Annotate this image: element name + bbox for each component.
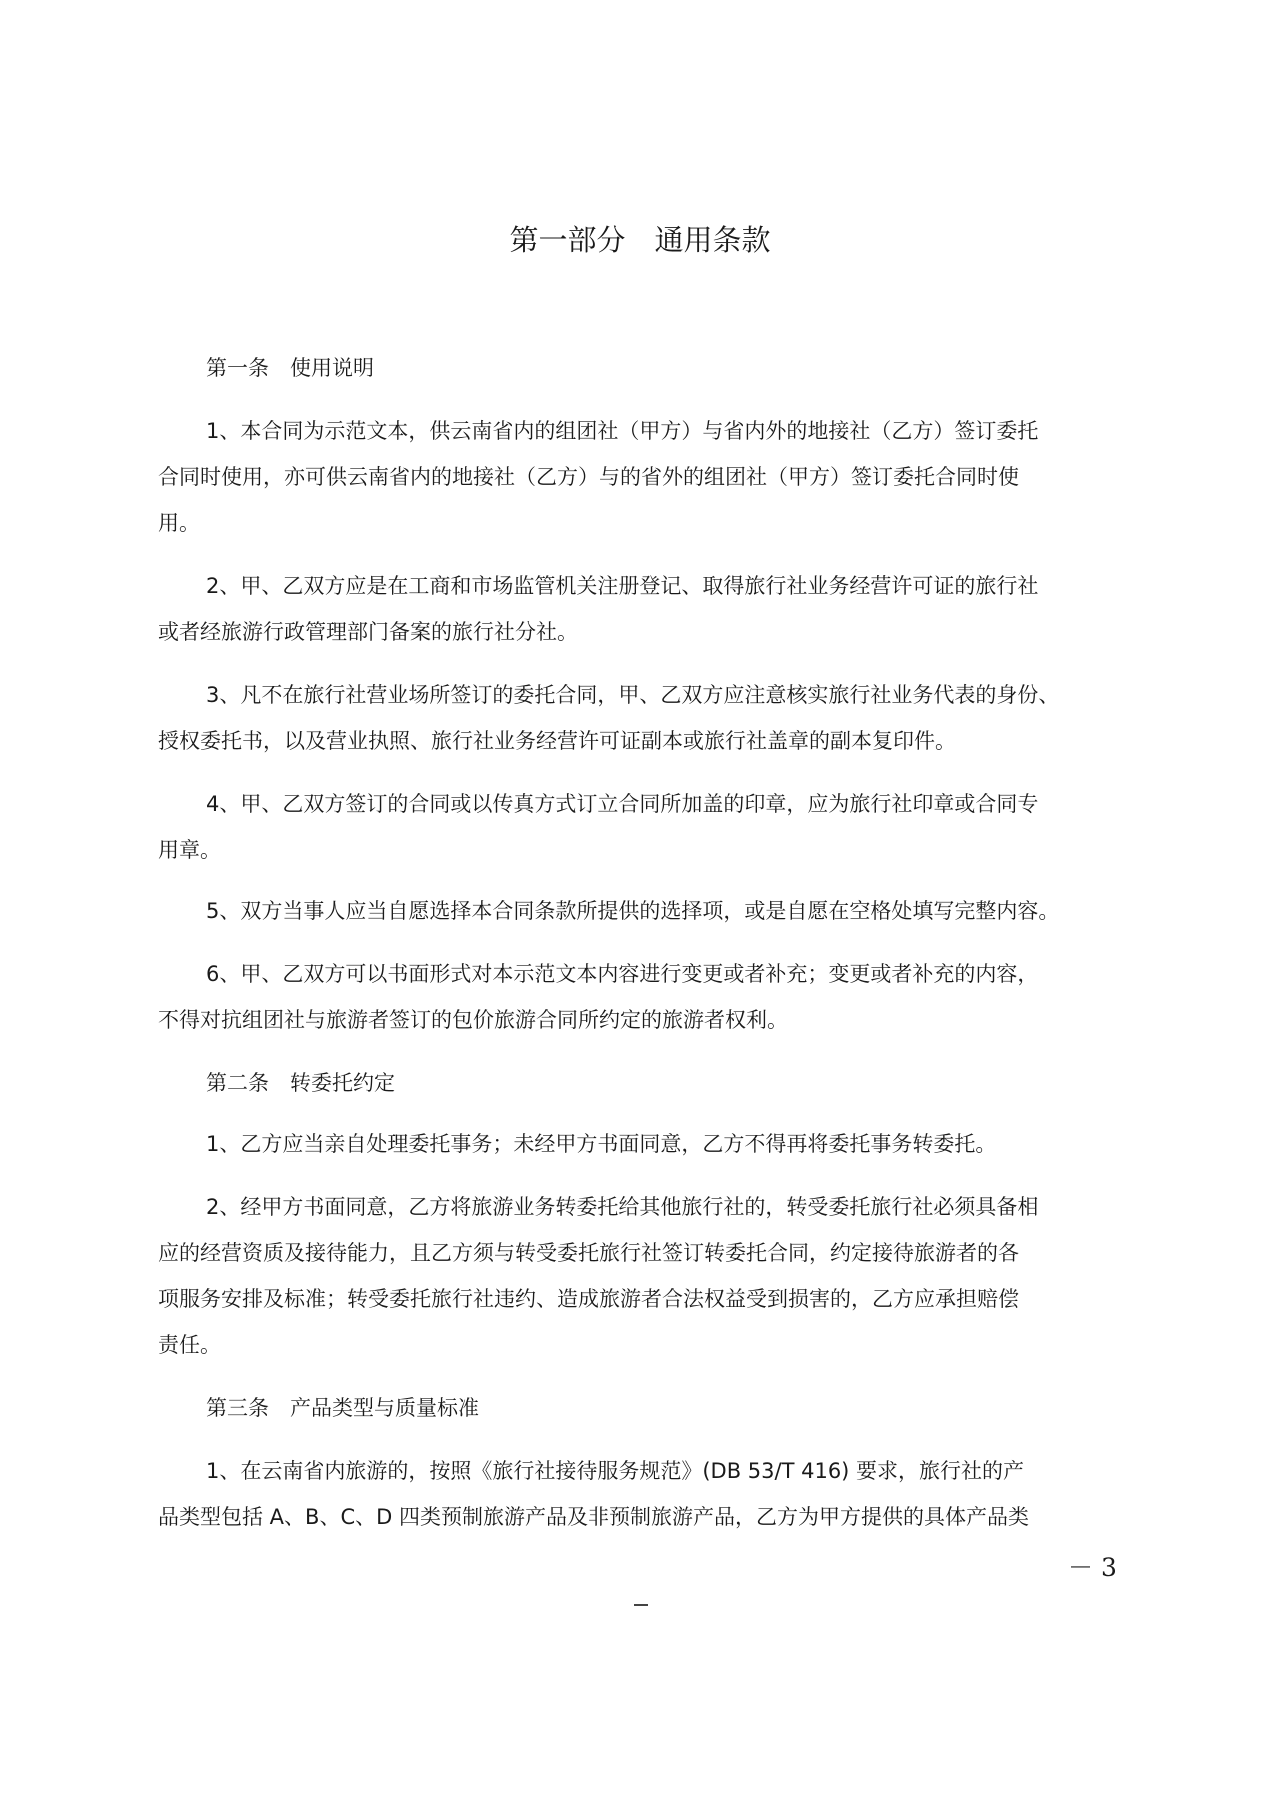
clause-3-1-line-1: 1、在云南省内旅游的，按照《旅行社接待服务规范》(DB 53/T 416) 要求… — [206, 1456, 1024, 1486]
clause-1-5-line-1: 5、双方当事人应当自愿选择本合同条款所提供的选择项，或是自愿在空格处填写完整内容… — [206, 896, 1059, 926]
clause-2-2-line-1: 2、经甲方书面同意，乙方将旅游业务转委托给其他旅行社的，转受委托旅行社必须具备相 — [206, 1192, 1038, 1222]
clause-1-2-line-1: 2、甲、乙双方应是在工商和市场监管机关注册登记、取得旅行社业务经营许可证的旅行社 — [206, 571, 1038, 601]
clause-1-4-line-1: 4、甲、乙双方签订的合同或以传真方式订立合同所加盖的印章，应为旅行社印章或合同专 — [206, 789, 1038, 819]
clause-2-2-line-4: 责任。 — [158, 1330, 221, 1360]
page-number: － 3 — [1068, 1548, 1117, 1584]
document-page: 第一部分 通用条款 第一条 使用说明 1、本合同为示范文本，供云南省内的组团社（… — [0, 0, 1280, 1810]
part-title: 第一部分 通用条款 — [0, 218, 1280, 259]
clause-1-4-line-2: 用章。 — [158, 835, 221, 865]
clause-1-3-line-1: 3、凡不在旅行社营业场所签订的委托合同，甲、乙双方应注意核实旅行社业务代表的身份… — [206, 680, 1059, 710]
clause-1-6-line-2: 不得对抗组团社与旅游者签订的包价旅游合同所约定的旅游者权利。 — [158, 1005, 788, 1035]
article-3-heading: 第三条 产品类型与质量标准 — [206, 1393, 479, 1423]
clause-1-3-line-2: 授权委托书，以及营业执照、旅行社业务经营许可证副本或旅行社盖章的副本复印件。 — [158, 726, 956, 756]
clause-1-1-line-3: 用。 — [158, 508, 200, 538]
clause-1-1-line-2: 合同时使用，亦可供云南省内的地接社（乙方）与的省外的组团社（甲方）签订委托合同时… — [158, 462, 1019, 492]
clause-2-1-line-1: 1、乙方应当亲自处理委托事务；未经甲方书面同意，乙方不得再将委托事务转委托。 — [206, 1129, 996, 1159]
clause-2-2-line-2: 应的经营资质及接待能力，且乙方须与转受委托旅行社签订转委托合同，约定接待旅游者的… — [158, 1238, 1019, 1268]
article-1-heading: 第一条 使用说明 — [206, 353, 374, 383]
clause-1-1-line-1: 1、本合同为示范文本，供云南省内的组团社（甲方）与省内外的地接社（乙方）签订委托 — [206, 416, 1038, 446]
clause-1-6-line-1: 6、甲、乙双方可以书面形式对本示范文本内容进行变更或者补充；变更或者补充的内容， — [206, 959, 1038, 989]
clause-1-2-line-2: 或者经旅游行政管理部门备案的旅行社分社。 — [158, 617, 578, 647]
clause-2-2-line-3: 项服务安排及标准；转受委托旅行社违约、造成旅游者合法权益受到损害的，乙方应承担赔… — [158, 1284, 1019, 1314]
clause-3-1-line-2: 品类型包括 A、B、C、D 四类预制旅游产品及非预制旅游产品，乙方为甲方提供的具… — [158, 1502, 1029, 1532]
article-2-heading: 第二条 转委托约定 — [206, 1068, 395, 1098]
page-number-tail-dash — [634, 1604, 648, 1606]
